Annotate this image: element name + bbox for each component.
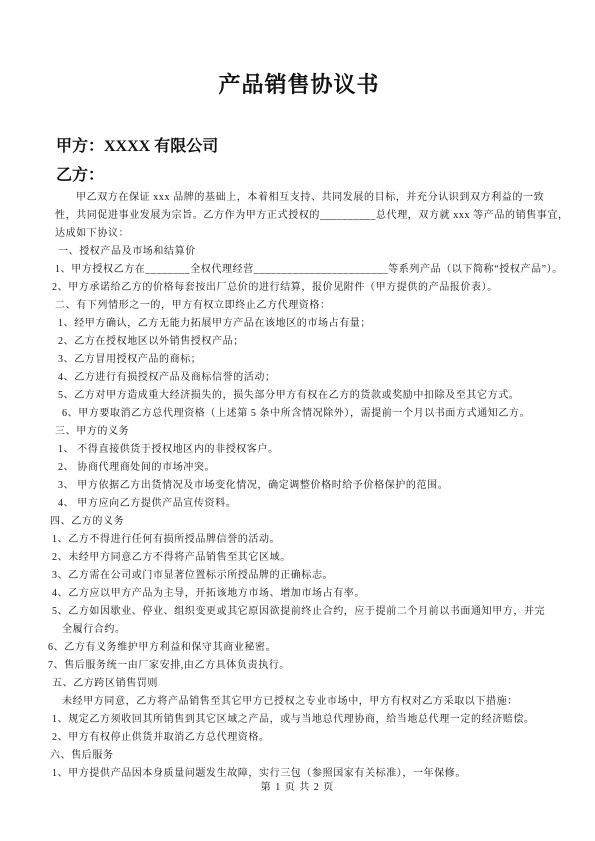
party-b-line: 乙方： xyxy=(56,164,550,188)
doc-line-s4-item4: 4、乙方应以甲方产品为主导，开拓该地方市场、增加市场占有率。 xyxy=(52,585,550,603)
doc-line-s5-item2: 2、甲方有权停止供货并取消乙方总代理资格。 xyxy=(52,729,550,747)
doc-line-s5-item1: 1、规定乙方须收回其所销售到其它区域之产品，或与当地总代理协商，给当地总代理一定… xyxy=(52,711,550,729)
doc-line-s3-item3: 3、 甲方依据乙方出货情况及市场变化情况，确定调整价格时给予价格保护的范围。 xyxy=(58,477,550,495)
doc-section-5-heading: 五、乙方跨区销售罚则 xyxy=(52,675,550,693)
doc-line-s2-item2: 2、乙方在授权地区以外销售授权产品； xyxy=(58,333,550,351)
page-footer: 第 1 页 共 2 页 xyxy=(0,781,595,795)
doc-line-s4-item3: 3、乙方需在公司或门市显著位置标示所授品牌的正确标志。 xyxy=(52,567,550,585)
doc-section-4-heading: 四、乙方的义务 xyxy=(50,513,550,531)
doc-line-s4-item5-wrap: 全履行合约。 xyxy=(62,621,550,639)
doc-line-s5-intro: 未经甲方同意，乙方将产品销售至其它甲方已授权之专业市场中，甲方有权对乙方采取以下… xyxy=(62,693,550,711)
doc-line-intro-1: 甲乙双方在保证 xxx 品牌的基础上，本着相互支持、共同发展的目标，并充分认识到… xyxy=(55,189,550,207)
doc-line-s2-item4: 4、乙方进行有损授权产品及商标信誉的活动； xyxy=(58,369,550,387)
doc-section-2-heading: 二、有下列情形之一的，甲方有权立即终止乙方代理资格： xyxy=(55,297,550,315)
document-page: 产品销售协议书 甲方：XXXX 有限公司 乙方： 甲乙双方在保证 xxx 品牌的… xyxy=(0,0,595,841)
doc-line-s2-item1: 1、经甲方确认，乙方无能力拓展甲方产品在该地区的市场占有量； xyxy=(58,315,550,333)
doc-line-s1-item2: 2、甲方承诺给乙方的价格每套按出厂总价的进行结算，报价见附件（甲方提供的产品报价… xyxy=(52,279,550,297)
doc-line-s4-item6: 6、乙方有义务维护甲方利益和保守其商业秘密。 xyxy=(48,639,550,657)
party-a-line: 甲方：XXXX 有限公司 xyxy=(56,135,550,159)
doc-line-intro-3: 达成如下协议： xyxy=(55,225,550,243)
document-title: 产品销售协议书 xyxy=(48,0,550,100)
doc-line-s3-item1: 1、 不得直接供货于授权地区内的非授权客户。 xyxy=(58,441,550,459)
doc-section-6-heading: 六、售后服务 xyxy=(50,747,550,765)
doc-section-1-heading: 一、授权产品及市场和结算价 xyxy=(58,243,550,261)
doc-section-3-heading: 三、甲方的义务 xyxy=(55,423,550,441)
document-body: 甲乙双方在保证 xxx 品牌的基础上，本着相互支持、共同发展的目标，并充分认识到… xyxy=(48,189,550,783)
doc-line-s4-item7: 7、售后服务统一由厂家安排,由乙方具体负责执行。 xyxy=(48,657,550,675)
doc-line-s2-item5: 5、乙方对甲方造成重大经济损失的，损失部分甲方有权在乙方的货款或奖励中扣除及至其… xyxy=(58,387,550,405)
doc-line-s3-item2: 2、 协商代理商处间的市场冲突。 xyxy=(58,459,550,477)
doc-line-s4-item1: 1、乙方不得进行任何有损所授品牌信誉的活动。 xyxy=(52,531,550,549)
doc-line-s4-item2: 2、未经甲方同意乙方不得将产品销售至其它区域。 xyxy=(52,549,550,567)
doc-line-intro-2: 性，共同促进事业发展为宗旨。乙方作为甲方正式授权的__________总代理，双… xyxy=(55,207,550,225)
doc-line-s4-item5: 5、乙方如因歇业、停业、组织变更或其它原因欲提前终止合约，应于提前二个月前以书面… xyxy=(52,603,550,621)
doc-line-s1-item1: 1、甲方授权乙方在________全权代理经营_________________… xyxy=(55,261,550,279)
doc-line-s2-item3: 3、乙方冒用授权产品的商标； xyxy=(58,351,550,369)
doc-line-s2-item6: 6、甲方要取消乙方总代理资格（上述第 5 条中所含情况除外），需提前一个月以书面… xyxy=(62,405,550,423)
doc-line-s3-item4: 4、 甲方应向乙方提供产品宣传资料。 xyxy=(58,495,550,513)
